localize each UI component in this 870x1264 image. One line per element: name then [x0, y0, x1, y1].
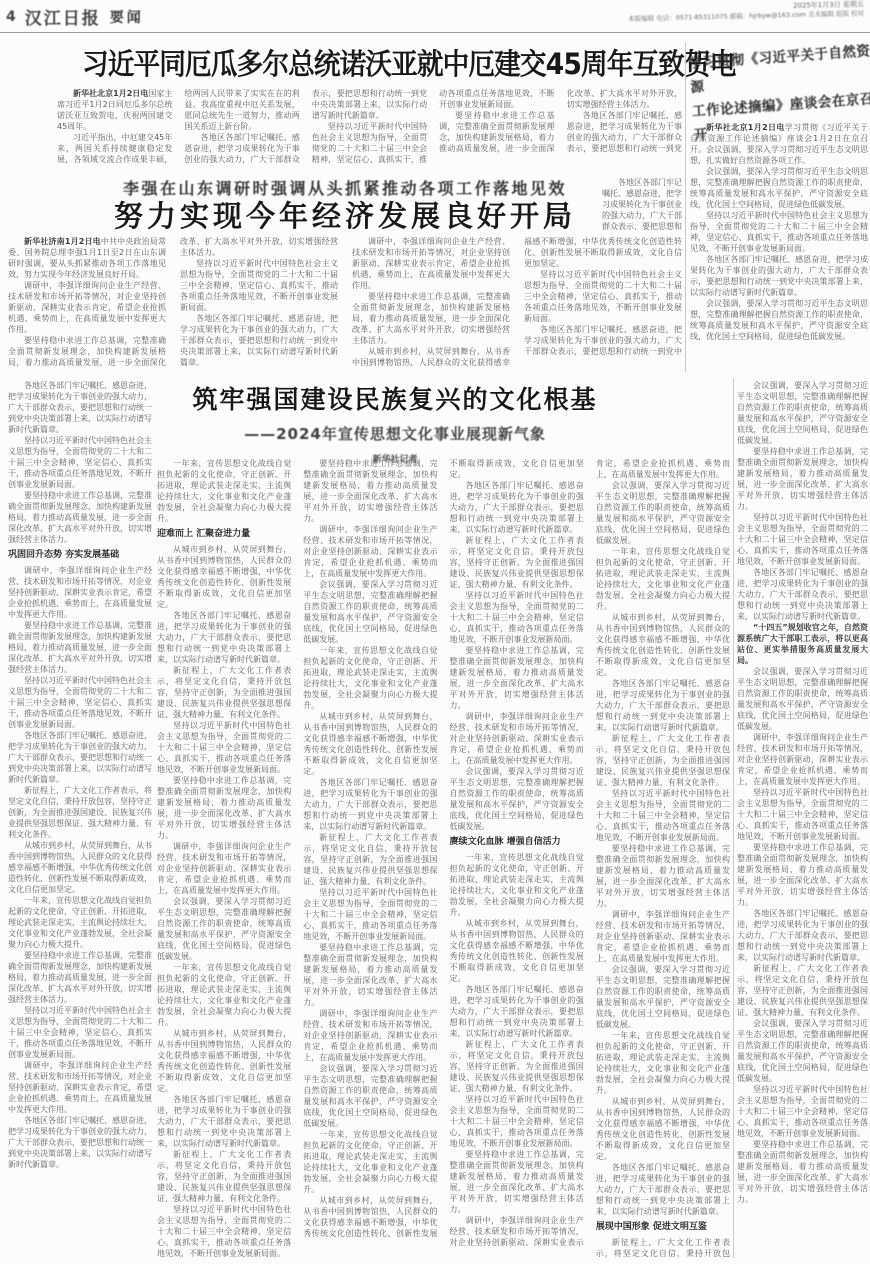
body-paragraph: 新征程上，广大文化工作者表示，将坚定文化自信，秉持开放包容，坚持守正创新，为全面… — [157, 1149, 291, 1204]
culture-subtitle: ——2024年宣传思想文化事业展现新气象 — [155, 423, 635, 444]
body-paragraph: 坚持以习近平新时代中国特色社会主义思想为指导，全面贯彻党的二十大和二十届三中全会… — [737, 787, 868, 842]
body-paragraph: 要坚持稳中求进工作总基调，完整准确全面贯彻新发展理念，加快构建新发展格局，着力推… — [596, 843, 730, 909]
story2-headline: 努力实现今年经济发展良好开局 — [20, 194, 670, 235]
body-paragraph: 会议强调，要深入学习贯彻习近平生态文明思想，完整准确理解把握自然资源工作的职责使… — [450, 766, 584, 832]
body-paragraph: 一年来，宣传思想文化战线自觉担负起新的文化使命，守正创新、开拓进取，理论武装走深… — [303, 1129, 437, 1195]
body-paragraph: 各地区各部门牢记嘱托、感恩奋进，把学习成果转化为干事创业的强大动力，广大干部群众… — [8, 1115, 152, 1170]
body-paragraph: 调研中，李强详细询问企业生产经营、技术研发和市场开拓等情况，对企业坚持创新驱动、… — [157, 841, 291, 896]
body-paragraph: 要坚持稳中求进工作总基调，完整准确全面贯彻新发展理念，加快构建新发展格局，着力推… — [8, 620, 152, 675]
body-paragraph: 会议强调，要深入学习贯彻习近平生态文明思想，完整准确理解把握自然资源工作的职责使… — [690, 298, 868, 342]
quote-paragraph: “十四五”规划收官之年，自然资源系统广大干部职工表示，将以更高站位、更实举措服务… — [737, 622, 868, 666]
story1-headline: 习近平同厄瓜多尔总统诺沃亚就中厄建交45周年互致贺电 — [82, 42, 657, 83]
body-paragraph: 各地区各部门牢记嘱托、感恩奋进，把学习成果转化为干事创业的强大动力，广大干部群众… — [180, 313, 338, 368]
body-paragraph: 坚持以习近平新时代中国特色社会主义思想为指导，全面贯彻党的二十大和二十届三中全会… — [157, 1204, 291, 1259]
section-title: 要闻 — [110, 7, 144, 27]
body-paragraph: 调研中，李强详细询问企业生产经营、技术研发和市场开拓等情况，对企业坚持创新驱动、… — [352, 236, 510, 291]
body-paragraph: 坚持以习近平新时代中国特色社会主义思想为指导，全面贯彻党的二十大和二十届三中全会… — [737, 512, 868, 567]
crosshead: 展现中国形象 促进文明互鉴 — [596, 1222, 730, 1233]
body-paragraph: 各地区各部门牢记嘱托、感恩奋进，把学习成果转化为干事创业的强大动力，广大干部群众… — [596, 678, 730, 733]
story2-body: 新华社济南1月2日电中共中央政治局常委、国务院总理李强1月1日至2日在山东调研时… — [8, 236, 682, 374]
body-paragraph: 从城市到乡村，从荧屏到舞台，从书香中国到博物馆热，人民群众的文化获得感幸福感不断… — [303, 711, 437, 777]
body-paragraph: 坚持以习近平新时代中国特色社会主义思想为指导，全面贯彻党的二十大和二十届三中全会… — [450, 590, 584, 645]
body-paragraph: 各地区各部门牢记嘱托、感恩奋进，把学习成果转化为干事创业的强大动力，广大干部群众… — [8, 380, 152, 435]
newspaper-page: 4 汉江日报 要闻 2025年1月3日 星期五 本版编辑 电话：0571-853… — [0, 0, 870, 1264]
masthead-logo: 汉江日报 — [25, 4, 101, 29]
left-rail-column: 各地区各部门牢记嘱托、感恩奋进，把学习成果转化为干事创业的强大动力，广大干部群众… — [8, 380, 152, 1258]
culture-body: 一年来，宣传思想文化战线自觉担负起新的文化使命，守正创新、开拓进取，理论武装走深… — [157, 458, 730, 1260]
crosshead: 巩固回升态势 夯实发展基础 — [8, 550, 152, 561]
body-paragraph: 从城市到乡村，从荧屏到舞台，从书香中国到博物馆热，人民群众的文化获得感幸福感不断… — [157, 1028, 291, 1094]
body-paragraph: 调研中，李强详细询问企业生产经营、技术研发和市场开拓等情况，对企业坚持创新驱动、… — [8, 280, 166, 335]
body-paragraph: 会议强调，要深入学习贯彻习近平生态文明思想，完整准确理解把握自然资源工作的职责使… — [737, 1018, 868, 1084]
body-paragraph: 调研中，李强详细询问企业生产经营、技术研发和市场开拓等情况，对企业坚持创新驱动、… — [8, 1060, 152, 1115]
right-story-lead: 新华社北京1月2日电学习贯彻《习近平关于自然资源工作论述摘编》座谈会1月2日在京… — [690, 122, 868, 166]
page-number: 4 — [6, 9, 16, 25]
body-paragraph: 各地区各部门牢记嘱托、感恩奋进，把学习成果转化为干事创业的强大动力，广大干部群众… — [690, 254, 868, 298]
body-paragraph: 要坚持稳中求进工作总基调，完整准确全面贯彻新发展理念，加快构建新发展格局，着力推… — [157, 775, 291, 841]
column-divider-right — [733, 378, 734, 1258]
culture-headline: 筑牢强国建设民族复兴的文化根基 — [155, 380, 635, 416]
body-paragraph: 新征程上，广大文化工作者表示，将坚定文化自信，秉持开放包容，坚持守正创新，为全面… — [737, 963, 868, 1018]
page-header: 4 汉江日报 要闻 2025年1月3日 星期五 本版编辑 电话：0571-853… — [0, 0, 870, 33]
body-paragraph: 要坚持稳中求进工作总基调，完整准确全面贯彻新发展理念，加快构建新发展格局，着力推… — [450, 645, 584, 711]
body-paragraph: 各地区各部门牢记嘱托、感恩奋进，把学习成果转化为干事创业的强大动力，广大干部群众… — [157, 610, 291, 665]
body-paragraph: 新征程上，广大文化工作者表示，将坚定文化自信，秉持开放包容，坚持守正创新，为全面… — [450, 535, 584, 590]
culture-article-header: 筑牢强国建设民族复兴的文化根基 ——2024年宣传思想文化事业展现新气象 新华社… — [155, 380, 635, 465]
body-paragraph: 要坚持稳中求进工作总基调，完整准确全面贯彻新发展理念，加快构建新发展格局，着力推… — [450, 1149, 584, 1215]
body-paragraph: 从城市到乡村，从荧屏到舞台，从书香中国到博物馆热，人民群众的文化获得感幸福感不断… — [596, 1096, 730, 1162]
story1-lead: 新华社北京1月2日电国家主席习近平1月2日同厄瓜多尔总统诺沃亚互致贺电，庆祝两国… — [57, 88, 172, 132]
body-paragraph: 坚持以习近平新时代中国特色社会主义思想为指导，全面贯彻党的二十大和二十届三中全会… — [450, 1094, 584, 1149]
body-paragraph: 从城市到乡村，从荧屏到舞台，从书香中国到博物馆热，人民群众的文化获得感幸福感不断… — [596, 612, 730, 678]
body-paragraph: 新征程上，广大文化工作者表示，将坚定文化自信，秉持开放包容，坚持守正创新，为全面… — [8, 785, 152, 840]
body-paragraph: 要坚持稳中求进工作总基调，完整准确全面贯彻新发展理念，加快构建新发展格局，着力推… — [8, 490, 152, 545]
body-paragraph: 要坚持稳中求进工作总基调，完整准确全面贯彻新发展理念，加快构建新发展格局，着力推… — [737, 842, 868, 908]
body-paragraph: 坚持以习近平新时代中国特色社会主义思想为指导，全面贯彻党的二十大和二十届三中全会… — [596, 788, 730, 843]
body-paragraph: 一年来，宣传思想文化战线自觉担负起新的文化使命，守正创新、开拓进取，理论武装走深… — [596, 546, 730, 612]
body-paragraph: 调研中，李强详细询问企业生产经营、技术研发和市场开拓等情况，对企业坚持创新驱动、… — [596, 909, 730, 964]
body-paragraph: 一年来，宣传思想文化战线自觉担负起新的文化使命，守正创新、开拓进取，理论武装走深… — [303, 645, 437, 711]
body-paragraph: 要坚持稳中求进工作总基调，完整准确全面贯彻新发展理念，加快构建新发展格局，着力推… — [303, 942, 437, 1008]
body-paragraph: 会议强调，要深入学习贯彻习近平生态文明思想，完整准确理解把握自然资源工作的职责使… — [157, 896, 291, 962]
body-paragraph: 从城市到乡村，从荧屏到舞台，从书香中国到博物馆热，人民群众的文化获得感幸福感不断… — [450, 918, 584, 984]
body-paragraph: 各地区各部门牢记嘱托、感恩奋进，把学习成果转化为干事创业的强大动力，广大干部群众… — [303, 777, 437, 832]
body-paragraph: 一年来，宣传思想文化战线自觉担负起新的文化使命，守正创新、开拓进取，理论武装走深… — [8, 895, 152, 950]
body-paragraph: 各地区各部门牢记嘱托、感恩奋进，把学习成果转化为干事创业的强大动力，广大干部群众… — [737, 908, 868, 963]
body-paragraph: 调研中，李强详细询问企业生产经营、技术研发和市场开拓等情况，对企业坚持创新驱动、… — [737, 732, 868, 787]
body-paragraph: 要坚持稳中求进工作总基调，完整准确全面贯彻新发展理念，加快构建新发展格局，着力推… — [737, 1139, 868, 1205]
column-divider-top — [685, 42, 686, 372]
body-paragraph: 会议强调，要深入学习贯彻习近平生态文明思想，完整准确理解把握自然资源工作的职责使… — [737, 666, 868, 732]
body-paragraph: 调研中，李强详细询问企业生产经营、技术研发和市场开拓等情况，对企业坚持创新驱动、… — [303, 1008, 437, 1063]
body-paragraph: 一年来，宣传思想文化战线自觉担负起新的文化使命，守正创新、开拓进取，理论武装走深… — [450, 852, 584, 918]
body-paragraph: 一年来，宣传思想文化战线自觉担负起新的文化使命，守正创新、开拓进取，理论武装走深… — [157, 458, 291, 524]
body-paragraph: 坚持以习近平新时代中国特色社会主义思想为指导，全面贯彻党的二十大和二十届三中全会… — [8, 1005, 152, 1060]
body-paragraph: 新征程上，广大文化工作者表示，将坚定文化自信，秉持开放包容，坚持守正创新，为全面… — [157, 665, 291, 720]
header-meta: 2025年1月3日 星期五 本版编辑 电话：0571-85311075 邮箱：h… — [628, 0, 864, 24]
body-paragraph: 要坚持稳中求进工作总基调，完整准确全面贯彻新发展理念，加快构建新发展格局，着力推… — [352, 291, 510, 346]
body-paragraph: 调研中，李强详细询问企业生产经营、技术研发和市场开拓等情况，对企业坚持创新驱动、… — [8, 565, 152, 620]
right-rail-column: 会议强调，要深入学习贯彻习近平生态文明思想，完整准确理解把握自然资源工作的职责使… — [737, 380, 868, 1258]
story1-body: 新华社北京1月2日电国家主席习近平1月2日同厄瓜多尔总统诺沃亚互致贺电，庆祝两国… — [57, 88, 682, 174]
body-paragraph: 调研中，李强详细询问企业生产经营、技术研发和市场开拓等情况，对企业坚持创新驱动、… — [450, 711, 584, 766]
body-paragraph: 要坚持稳中求进工作总基调，完整准确全面贯彻新发展理念，加快构建新发展格局，着力推… — [303, 458, 437, 524]
body-paragraph: 坚持以习近平新时代中国特色社会主义思想为指导，全面贯彻党的二十大和二十届三中全会… — [8, 435, 152, 490]
right-story-body: 新华社北京1月2日电学习贯彻《习近平关于自然资源工作论述摘编》座谈会1月2日在京… — [690, 122, 868, 372]
body-paragraph: 要坚持稳中求进工作总基调，完整准确全面贯彻新发展理念，加快构建新发展格局，着力推… — [737, 446, 868, 512]
body-paragraph: 会议强调，要深入学习贯彻习近平生态文明思想，完整准确理解把握自然资源工作的职责使… — [690, 166, 868, 210]
body-paragraph: 各地区各部门牢记嘱托、感恩奋进，把学习成果转化为干事创业的强大动力，广大干部群众… — [450, 984, 584, 1039]
body-paragraph: 坚持以习近平新时代中国特色社会主义思想为指导，全面贯彻党的二十大和二十届三中全会… — [157, 720, 291, 775]
body-paragraph: 坚持以习近平新时代中国特色社会主义思想为指导，全面贯彻党的二十大和二十届三中全会… — [180, 258, 338, 313]
body-paragraph: 要坚持稳中求进工作总基调，完整准确全面贯彻新发展理念，加快构建新发展格局，着力推… — [8, 950, 152, 1005]
body-paragraph: 坚持以习近平新时代中国特色社会主义思想为指导，全面贯彻党的二十大和二十届三中全会… — [524, 269, 682, 324]
body-paragraph: 各地区各部门牢记嘱托、感恩奋进，把学习成果转化为干事创业的强大动力，广大干部群众… — [157, 1094, 291, 1149]
body-paragraph: 调研中，李强详细询问企业生产经营、技术研发和市场开拓等情况，对企业坚持创新驱动、… — [303, 524, 437, 579]
body-paragraph: 会议强调，要深入学习贯彻习近平生态文明思想，完整准确理解把握自然资源工作的职责使… — [303, 1063, 437, 1129]
body-paragraph: 坚持以习近平新时代中国特色社会主义思想为指导，全面贯彻党的二十大和二十届三中全会… — [8, 675, 152, 730]
story2-lead: 新华社济南1月2日电中共中央政治局常委、国务院总理李强1月1日至2日在山东调研时… — [8, 236, 166, 280]
crosshead: 赓续文化血脉 增强自信活力 — [450, 837, 584, 848]
body-paragraph: 各地区各部门牢记嘱托、感恩奋进，把学习成果转化为干事创业的强大动力，广大干部群众… — [737, 567, 868, 622]
body-paragraph: 坚持以习近平新时代中国特色社会主义思想为指导，全面贯彻党的二十大和二十届三中全会… — [737, 1084, 868, 1139]
body-paragraph: 各地区各部门牢记嘱托、感恩奋进，把学习成果转化为干事创业的强大动力，广大干部群众… — [450, 480, 584, 535]
body-paragraph: 一年来，宣传思想文化战线自觉担负起新的文化使命，守正创新、开拓进取，理论武装走深… — [596, 1030, 730, 1096]
body-paragraph: 坚持以习近平新时代中国特色社会主义思想为指导，全面贯彻党的二十大和二十届三中全会… — [303, 887, 437, 942]
body-paragraph: 从城市到乡村，从荧屏到舞台，从书香中国到博物馆热，人民群众的文化获得感幸福感不断… — [157, 544, 291, 610]
crosshead: 迎难而上 汇聚奋进力量 — [157, 529, 291, 540]
body-paragraph: 各地区各部门牢记嘱托、感恩奋进，把学习成果转化为干事创业的强大动力，广大干部群众… — [8, 730, 152, 785]
body-paragraph: 坚持以习近平新时代中国特色社会主义思想为指导，全面贯彻党的二十大和二十届三中全会… — [690, 210, 868, 254]
body-paragraph: 新征程上，广大文化工作者表示，将坚定文化自信，秉持开放包容，坚持守正创新，为全面… — [450, 1039, 584, 1094]
body-paragraph: 一年来，宣传思想文化战线自觉担负起新的文化使命，守正创新、开拓进取，理论武装走深… — [157, 962, 291, 1028]
body-paragraph: 从城市到乡村，从荧屏到舞台，从书香中国到博物馆热，人民群众的文化获得感幸福感不断… — [8, 840, 152, 895]
body-paragraph: 新征程上，广大文化工作者表示，将坚定文化自信，秉持开放包容，坚持守正创新，为全面… — [596, 733, 730, 788]
body-paragraph: 会议强调，要深入学习贯彻习近平生态文明思想，完整准确理解把握自然资源工作的职责使… — [596, 964, 730, 1030]
body-paragraph: 新征程上，广大文化工作者表示，将坚定文化自信，秉持开放包容，坚持守正创新，为全面… — [303, 832, 437, 887]
body-paragraph: 会议强调，要深入学习贯彻习近平生态文明思想，完整准确理解把握自然资源工作的职责使… — [303, 579, 437, 645]
body-paragraph: 各地区各部门牢记嘱托、感恩奋进，把学习成果转化为干事创业的强大动力，广大干部群众… — [596, 1162, 730, 1217]
body-paragraph: 会议强调，要深入学习贯彻习近平生态文明思想，完整准确理解把握自然资源工作的职责使… — [596, 480, 730, 546]
body-paragraph: 会议强调，要深入学习贯彻习近平生态文明思想，完整准确理解把握自然资源工作的职责使… — [737, 380, 868, 446]
